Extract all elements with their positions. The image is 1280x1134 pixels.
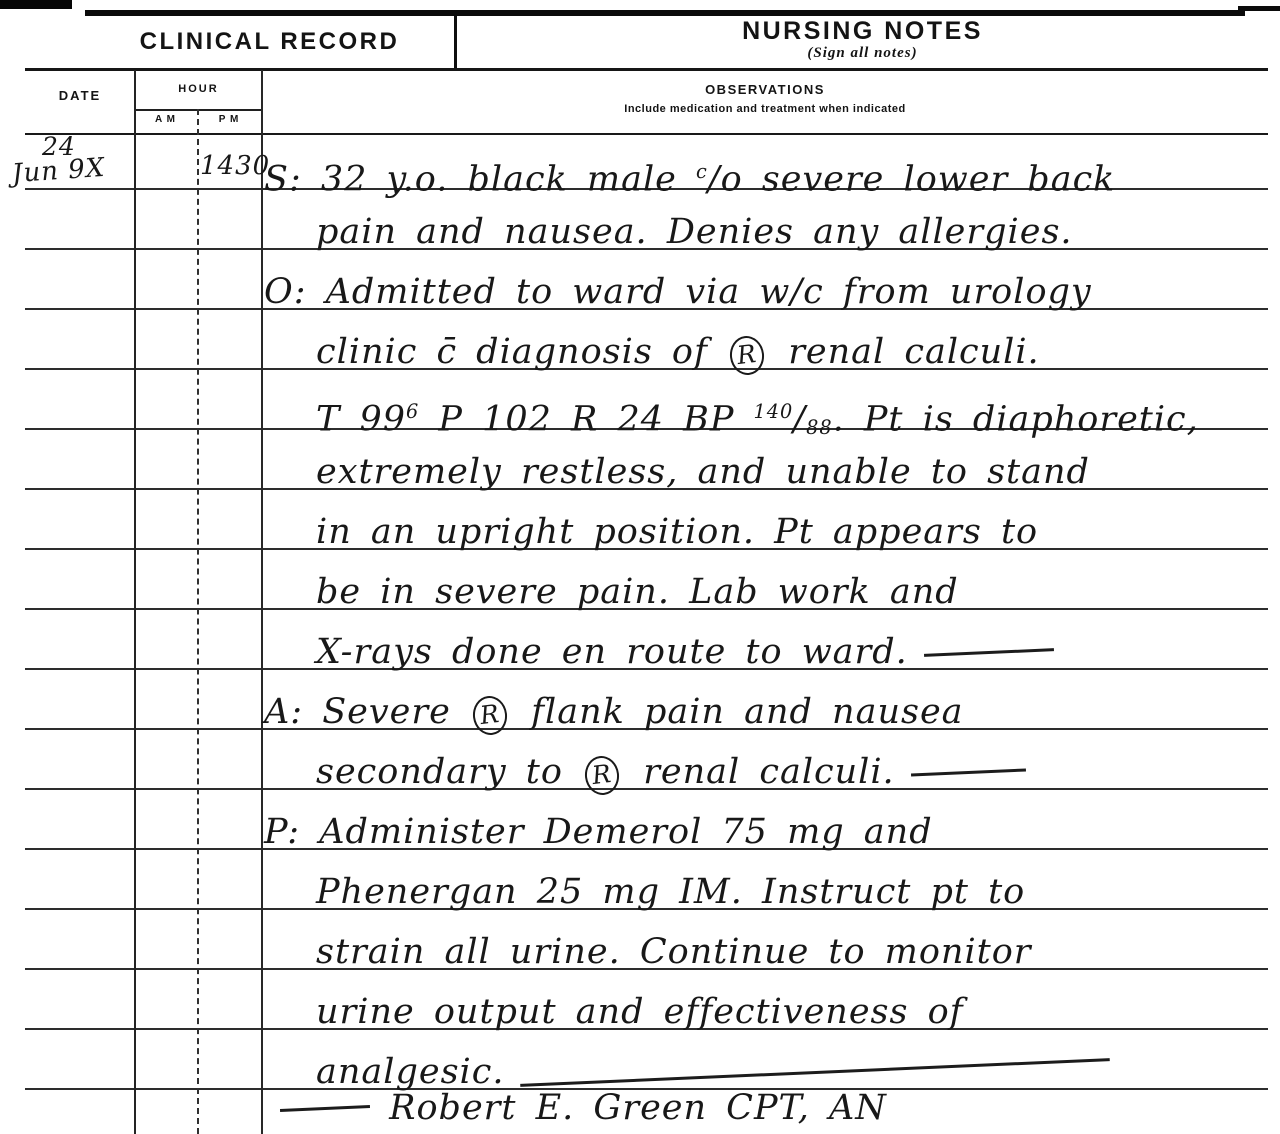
note-text-segment: renal calculi. xyxy=(624,752,895,792)
superscript-segment: 140 xyxy=(754,400,794,423)
note-text-segment: renal calculi. xyxy=(769,332,1040,372)
note-text-segment: extremely restless, and unable to stand xyxy=(316,452,1090,492)
note-line-12: P: Administer Demerol 75 mg and xyxy=(264,810,933,854)
circled-right-symbol: R xyxy=(728,334,766,377)
handwritten-dash xyxy=(911,768,1026,776)
note-line-2: pain and nausea. Denies any allergies. xyxy=(316,210,1073,254)
handwritten-notes: S: 32 y.o. black male c/o severe lower b… xyxy=(0,0,1280,1134)
note-line-15: urine output and effectiveness of xyxy=(316,990,964,1034)
handwritten-dash xyxy=(924,648,1054,657)
note-text-segment: clinic c̄ diagnosis of xyxy=(316,332,727,372)
note-line-9: X-rays done en route to ward. xyxy=(316,630,1054,674)
note-line-10: A: Severe R flank pain and nausea xyxy=(264,690,964,735)
signature-line: Robert E. Green CPT, AN xyxy=(264,1086,887,1130)
note-line-4: clinic c̄ diagnosis of R renal calculi. xyxy=(316,330,1040,375)
note-text-segment: S: 32 y.o. black male xyxy=(264,160,696,200)
nursing-notes-form-scan: CLINICAL RECORD NURSING NOTES (Sign all … xyxy=(0,0,1280,1134)
note-text-segment: /o severe lower back xyxy=(708,160,1116,200)
note-text-segment: T 99 xyxy=(316,400,406,440)
note-text-segment: be in severe pain. Lab work and xyxy=(316,572,959,612)
subscript-segment: 88 xyxy=(806,416,833,439)
note-text-segment: / xyxy=(793,400,806,440)
circled-right-symbol: R xyxy=(471,694,509,737)
handwritten-dash xyxy=(280,1105,370,1112)
note-text-segment: Robert E. Green CPT, AN xyxy=(370,1088,887,1128)
note-line-7: in an upright position. Pt appears to xyxy=(316,510,1038,554)
superscript-segment: c xyxy=(696,160,708,183)
note-text-segment: X-rays done en route to ward. xyxy=(316,632,908,672)
note-line-1: S: 32 y.o. black male c/o severe lower b… xyxy=(264,150,1115,202)
note-text-segment: P 102 R 24 BP xyxy=(419,400,753,440)
note-text-segment: flank pain and nausea xyxy=(512,692,964,732)
note-text-segment: A: Severe xyxy=(264,692,470,732)
note-text-segment: strain all urine. Continue to monitor xyxy=(316,932,1032,972)
note-line-13: Phenergan 25 mg IM. Instruct pt to xyxy=(316,870,1025,914)
handwritten-dash xyxy=(521,1058,1111,1087)
note-text-segment: pain and nausea. Denies any allergies. xyxy=(316,212,1073,252)
note-text-segment: secondary to xyxy=(316,752,582,792)
note-text-segment: urine output and effectiveness of xyxy=(316,992,964,1032)
note-text-segment: . Pt is diaphoretic, xyxy=(833,400,1199,440)
note-line-5: T 996 P 102 R 24 BP 140/88. Pt is diapho… xyxy=(316,390,1199,447)
note-text-segment: Phenergan 25 mg IM. Instruct pt to xyxy=(316,872,1025,912)
note-text-segment: in an upright position. Pt appears to xyxy=(316,512,1038,552)
superscript-segment: 6 xyxy=(406,400,419,423)
note-text-segment: P: Administer Demerol 75 mg and xyxy=(264,812,933,852)
note-line-11: secondary to R renal calculi. xyxy=(316,750,1026,795)
note-line-3: O: Admitted to ward via w/c from urology xyxy=(264,270,1092,314)
note-line-8: be in severe pain. Lab work and xyxy=(316,570,959,614)
note-line-14: strain all urine. Continue to monitor xyxy=(316,930,1032,974)
note-line-6: extremely restless, and unable to stand xyxy=(316,450,1090,494)
note-text-segment: O: Admitted to ward via w/c from urology xyxy=(264,272,1092,312)
circled-right-symbol: R xyxy=(583,754,621,797)
